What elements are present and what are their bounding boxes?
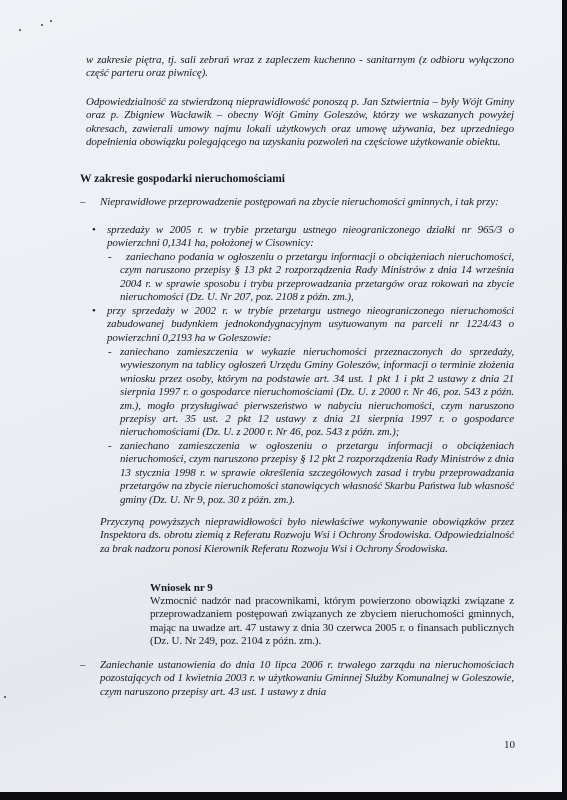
scan-speck bbox=[41, 24, 43, 26]
section-heading: W zakresie gospodarki nieruchomościami bbox=[80, 173, 285, 185]
sub-item-text: zaniechano podania w ogłoszeniu o przeta… bbox=[120, 251, 514, 305]
sub-item-text: zaniechano zamieszczenia w wykazie nieru… bbox=[120, 346, 514, 440]
scan-speck bbox=[19, 29, 21, 31]
sub-item-text: zaniechano zamieszczenia w ogłoszeniu o … bbox=[120, 440, 514, 507]
sub-dash-marker: - bbox=[108, 251, 112, 263]
item-lead: Nieprawidłowe przeprowadzenie postępowań… bbox=[100, 196, 514, 209]
bullet-marker: • bbox=[92, 224, 96, 236]
dash-marker: – bbox=[80, 196, 86, 208]
paragraph-responsibility: Odpowiedzialność za stwierdzoną nieprawi… bbox=[86, 96, 514, 150]
paragraph-cause: Przyczyną powyższych nieprawidłowości by… bbox=[100, 516, 514, 556]
sub-dash-marker: - bbox=[108, 346, 112, 358]
sub-dash-marker: - bbox=[108, 440, 112, 452]
scan-speck bbox=[50, 20, 52, 22]
scan-speck bbox=[4, 696, 6, 698]
dash-marker: – bbox=[80, 659, 86, 671]
scan-edge-bottom bbox=[0, 792, 567, 800]
bullet-marker: • bbox=[92, 305, 96, 317]
bullet-text: sprzedaży w 2005 r. w trybie przetargu u… bbox=[107, 224, 514, 251]
page-number: 10 bbox=[504, 739, 515, 751]
item-text: Zaniechanie ustanowienia do dnia 10 lipc… bbox=[100, 659, 514, 699]
scan-edge-right bbox=[562, 0, 567, 800]
recommendation-text: Wzmocnić nadzór nad pracownikami, którym… bbox=[150, 595, 514, 649]
bullet-text: przy sprzedaży w 2002 r. w trybie przeta… bbox=[107, 305, 514, 345]
recommendation-title: Wniosek nr 9 bbox=[150, 582, 213, 594]
paragraph-continuation: w zakresie piętra, tj. sali zebrań wraz … bbox=[86, 54, 514, 81]
